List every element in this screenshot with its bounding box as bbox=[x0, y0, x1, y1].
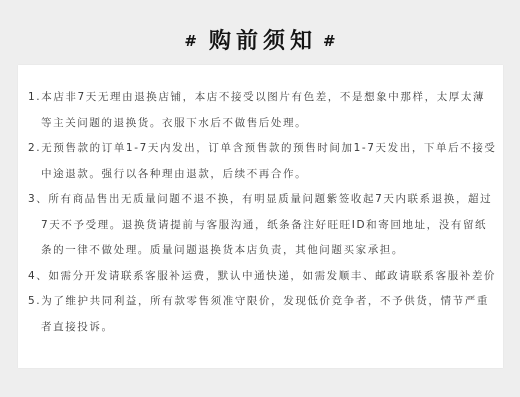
notice-list: 1.本店非7天无理由退换店铺，本店不接受以图片有色差，不是想象中那样，太厚太薄 … bbox=[28, 89, 498, 344]
notice-line: 等主关问题的退换货。衣服下水后不做售后处理。 bbox=[28, 115, 498, 141]
notice-line: 3、所有商品售出无质量问题不退不换，有明显质量问题紫签收起7天内联系退换，超过 bbox=[28, 191, 498, 217]
hash-decoration-right: # bbox=[323, 32, 336, 50]
title-text: 购前须知 bbox=[209, 29, 317, 54]
hash-decoration-left: # bbox=[184, 32, 197, 50]
notice-item-5: 5.为了维护共同利益，所有款零售须准守限价，发现低价竞争者，不予供货，情节严重 … bbox=[28, 293, 498, 344]
notice-line: 者直接投诉。 bbox=[28, 319, 498, 345]
page-title: #购前须知# bbox=[0, 26, 520, 57]
notice-line: 4、如需分开发请联系客服补运费，默认中通快递，如需发顺丰、邮政请联系客服补差价 bbox=[28, 268, 498, 294]
notice-line: 1.本店非7天无理由退换店铺，本店不接受以图片有色差，不是想象中那样，太厚太薄 bbox=[28, 89, 498, 115]
notice-line: 2.无预售款的订单1-7天内发出，订单含预售款的预售时间加1-7天发出，下单后不… bbox=[28, 140, 498, 166]
notice-line: 5.为了维护共同利益，所有款零售须准守限价，发现低价竞争者，不予供货，情节严重 bbox=[28, 293, 498, 319]
notice-item-1: 1.本店非7天无理由退换店铺，本店不接受以图片有色差，不是想象中那样，太厚太薄 … bbox=[28, 89, 498, 140]
notice-item-2: 2.无预售款的订单1-7天内发出，订单含预售款的预售时间加1-7天发出，下单后不… bbox=[28, 140, 498, 191]
notice-line: 条的一律不做处理。质量问题退换货本店负责，其他问题买家承担。 bbox=[28, 242, 498, 268]
notice-item-4: 4、如需分开发请联系客服补运费，默认中通快递，如需发顺丰、邮政请联系客服补差价 bbox=[28, 268, 498, 294]
notice-line: 中途退款。强行以各种理由退款，后续不再合作。 bbox=[28, 166, 498, 192]
notice-line: 7天不予受理。退换货请提前与客服沟通，纸条备注好旺旺ID和寄回地址，没有留纸 bbox=[28, 217, 498, 243]
notice-panel: 1.本店非7天无理由退换店铺，本店不接受以图片有色差，不是想象中那样，太厚太薄 … bbox=[18, 65, 503, 368]
notice-item-3: 3、所有商品售出无质量问题不退不换，有明显质量问题紫签收起7天内联系退换，超过 … bbox=[28, 191, 498, 268]
